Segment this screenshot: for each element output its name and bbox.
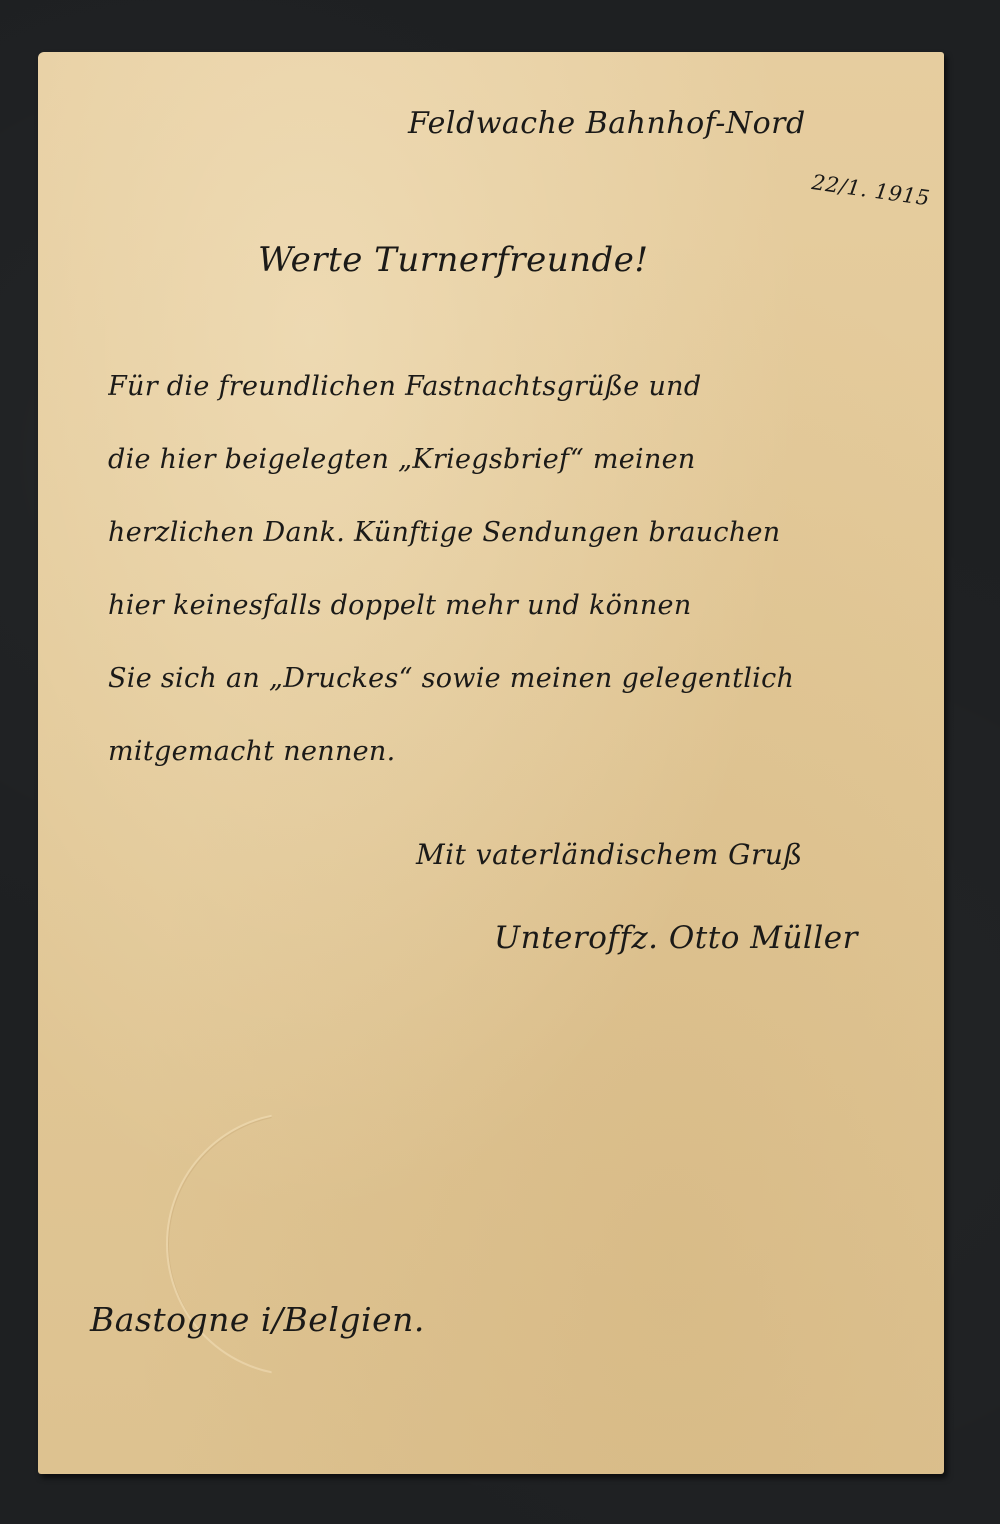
letter-body: Für die freundlichen Fastnachtsgrüße und… [108, 350, 928, 788]
place-line: Bastogne i/Belgien. [90, 1300, 425, 1339]
body-line: Für die freundlichen Fastnachtsgrüße und [108, 350, 928, 423]
header-location: Feldwache Bahnhof-Nord [408, 106, 806, 141]
salutation: Werte Turnerfreunde! [258, 240, 649, 280]
body-line: mitgemacht nennen. [108, 715, 928, 788]
closing: Mit vaterländischem Gruß [416, 838, 803, 871]
body-line: hier keinesfalls doppelt mehr und können [108, 569, 928, 642]
body-line: die hier beigelegten „Kriegsbrief“ meine… [108, 423, 928, 496]
body-line: Sie sich an „Druckes“ sowie meinen geleg… [108, 642, 928, 715]
body-line: herzlichen Dank. Künftige Sendungen brau… [108, 496, 928, 569]
signature: Unteroffz. Otto Müller [494, 920, 858, 956]
